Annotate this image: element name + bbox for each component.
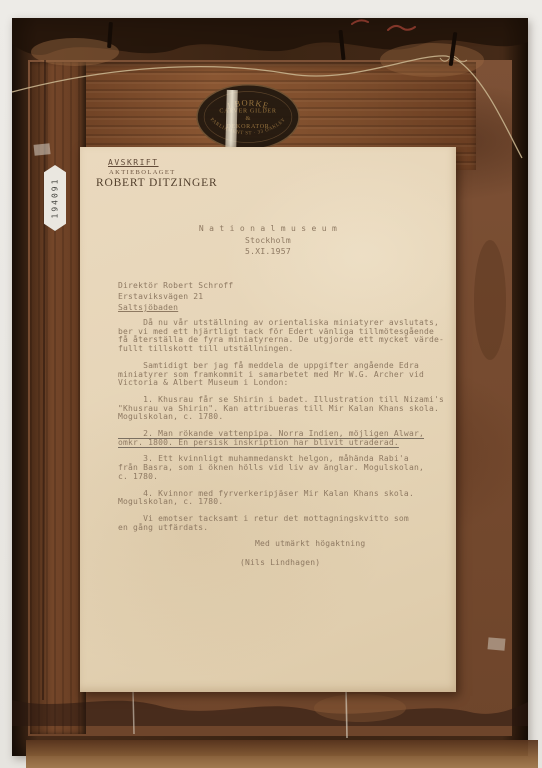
photo-of-frame-back: J.BORKE PARLIAMENT ST · 33 OAKLEY CARVER… <box>0 0 542 768</box>
salutation: Med utmärkt högaktning <box>255 540 448 549</box>
letter-document: AVSKRIFT AKTIEBOLAGET ROBERT DITZINGER N… <box>80 147 456 692</box>
recipient-name: Direktör Robert Schroff <box>118 280 233 291</box>
letter-body: Då nu vår utställning av orientaliska mi… <box>118 319 448 576</box>
letterhead-name: ROBERT DITZINGER <box>96 177 217 189</box>
recipient-block: Direktör Robert Schroff Erstaviksvägen 2… <box>118 280 233 313</box>
sender-institution: N a t i o n a l m u s e u m <box>80 223 456 235</box>
list-item-1: 1. Khusrau får se Shirin i badet. Illust… <box>118 396 448 422</box>
maker-stamp: J.BORKE PARLIAMENT ST · 33 OAKLEY CARVER… <box>194 83 302 151</box>
recipient-street: Erstaviksvägen 21 <box>118 291 233 302</box>
list-item-4: 4. Kvinnor med fyrverkeripjäser Mir Kala… <box>118 490 448 507</box>
stamp-ampersand: & <box>246 115 251 122</box>
sender-city: Stockholm <box>80 235 456 247</box>
inventory-number: 194091 <box>51 178 60 219</box>
letterhead: AVSKRIFT AKTIEBOLAGET ROBERT DITZINGER <box>96 158 217 189</box>
inventory-label: 194091 <box>44 165 66 231</box>
bottom-frame-edge <box>26 740 538 768</box>
list-item-3: 3. Ett kvinnligt muhammedanskt helgon, m… <box>118 455 448 481</box>
recipient-city: Saltsjöbaden <box>118 302 233 313</box>
sender-block: N a t i o n a l m u s e u m Stockholm 5.… <box>80 223 456 258</box>
tape-strip <box>225 90 238 152</box>
letterhead-company: AKTIEBOLAGET <box>109 169 217 176</box>
left-stretcher-bar <box>30 62 86 734</box>
signature: (Nils Lindhagen) <box>240 559 448 568</box>
closing-paragraph: Vi emotser tacksamt i retur det mottagni… <box>118 515 448 532</box>
list-item-2-pencil-underlined: 2. Man rökande vattenpipa. Norra Indien,… <box>118 430 448 447</box>
paragraph-1: Då nu vår utställning av orientaliska mi… <box>118 319 448 354</box>
letterhead-avskrift: AVSKRIFT <box>108 158 217 167</box>
letter-date: 5.XI.1957 <box>80 246 456 258</box>
paragraph-2: Samtidigt ber jag få meddela de uppgifte… <box>118 362 448 388</box>
